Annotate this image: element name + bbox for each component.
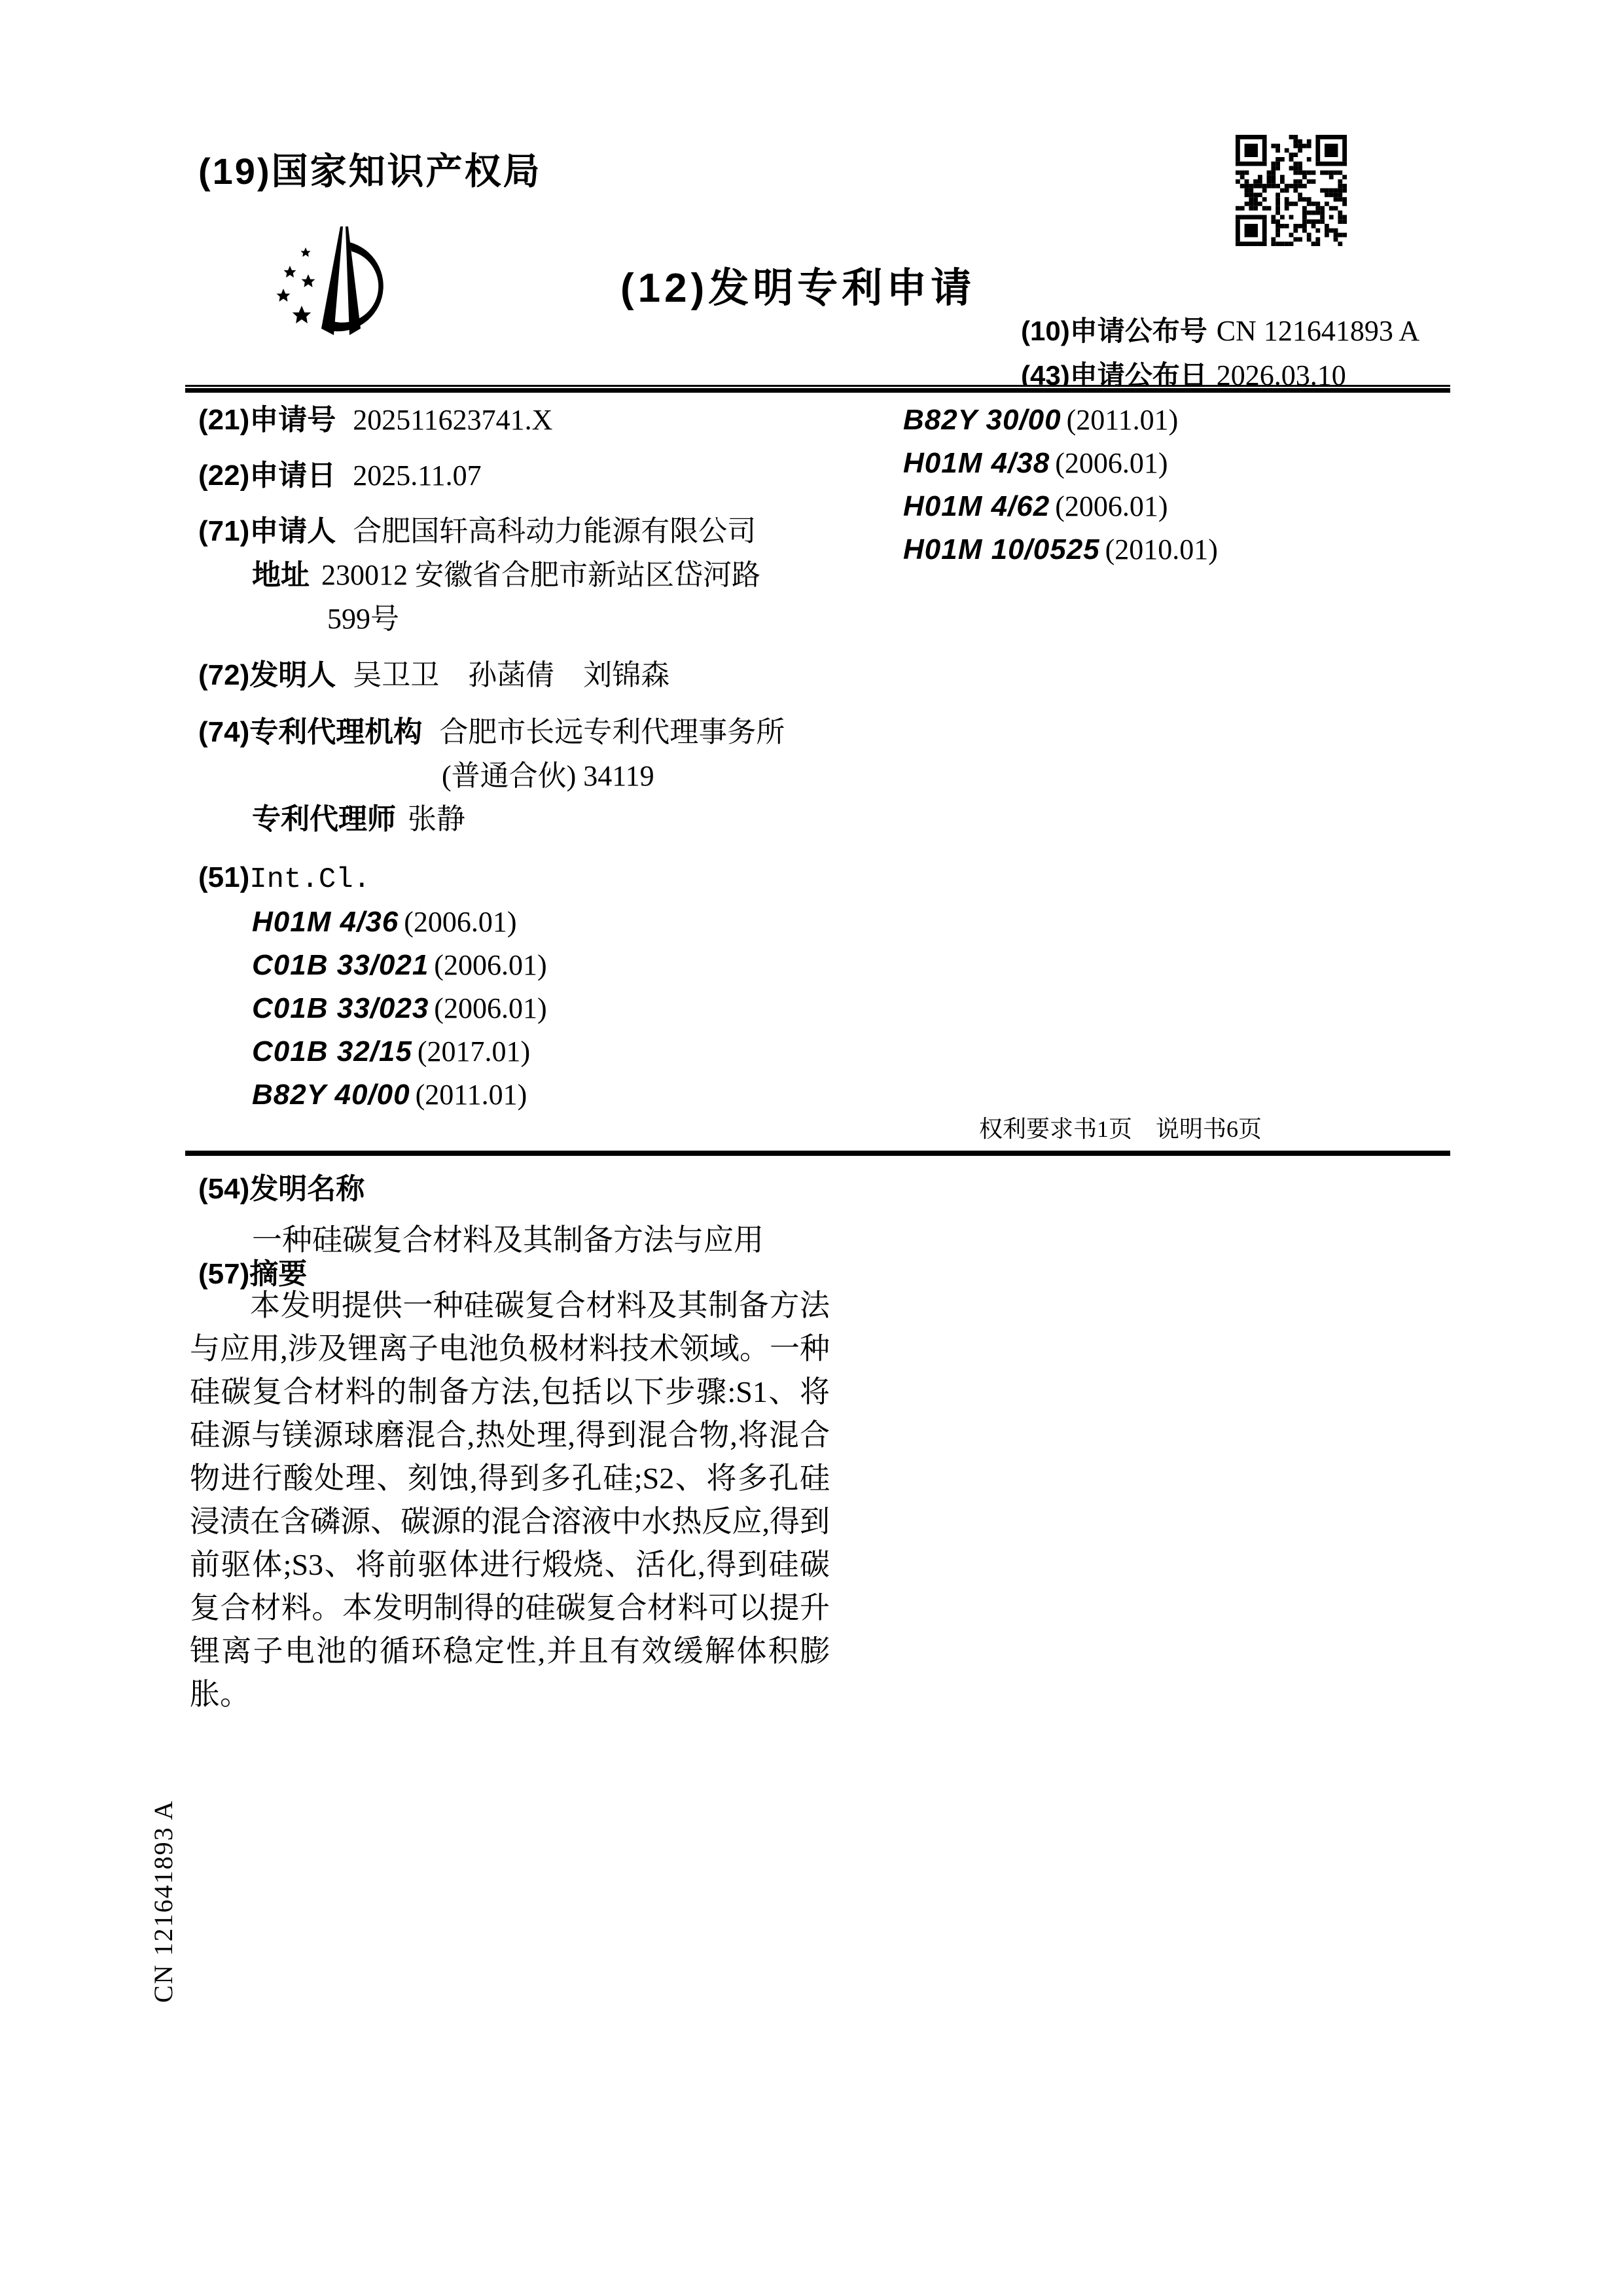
- field-code: (54): [198, 1173, 249, 1205]
- office-header: (19)国家知识产权局: [198, 143, 542, 195]
- intcl-entry: C01B 33/021(2006.01): [252, 950, 547, 981]
- classification-entry: H01M 4/62(2006.01): [903, 491, 1168, 522]
- agency-row-2: (普通合伙) 34119: [442, 761, 654, 792]
- intcl-version: (2011.01): [416, 1079, 527, 1111]
- abstract-text: 本发明提供一种硅碳复合材料及其制备方法与应用,涉及锂离子电池负极材料技术领域。一…: [190, 1284, 830, 1716]
- qr-code-icon: [1236, 135, 1347, 246]
- intcl-class: B82Y 40/00: [252, 1079, 410, 1111]
- logo-star-icon: [284, 266, 296, 278]
- intcl-version: (2017.01): [418, 1035, 530, 1067]
- office-name: 国家知识产权局: [272, 151, 542, 192]
- logo-star-icon: [300, 247, 310, 257]
- intcl-label: Int.Cl.: [249, 863, 370, 896]
- classification-class: H01M 4/38: [903, 447, 1050, 479]
- field-label: 专利代理机构: [249, 716, 422, 748]
- field-code: (21): [198, 404, 249, 436]
- pub-no-label: (10)申请公布号: [1021, 315, 1207, 346]
- classification-class: B82Y 30/00: [903, 404, 1061, 436]
- agency-row: (74)专利代理机构合肥市长远专利代理事务所: [198, 717, 785, 748]
- classification-entry: H01M 10/0525(2010.01): [903, 534, 1218, 565]
- vertical-publication-number: CN 121641893 A: [148, 1787, 185, 2003]
- intcl-header-row: (51)Int.Cl.: [198, 862, 370, 895]
- agent-name: 张静: [408, 803, 465, 835]
- field-label: 发明人: [249, 659, 336, 691]
- field-label: 申请日: [249, 459, 336, 492]
- classification-entry: H01M 4/38(2006.01): [903, 448, 1168, 479]
- field-code: (22): [198, 459, 249, 492]
- applicant-row: (71)申请人合肥国轩高科动力能源有限公司: [198, 516, 756, 547]
- inventor-names: 吴卫卫 孙菡倩 刘锦森: [353, 659, 669, 691]
- field-label: 申请人: [249, 515, 336, 547]
- pub-no-value: CN 121641893 A: [1217, 315, 1419, 347]
- pages-note-text: 权利要求书1页 说明书6页: [979, 1116, 1262, 1142]
- doc-type-title: (12)发明专利申请: [620, 255, 975, 314]
- intcl-version: (2006.01): [434, 992, 546, 1024]
- intcl-class: C01B 33/023: [252, 992, 429, 1024]
- agency-name: 合肥市长远专利代理事务所: [439, 716, 785, 748]
- logo-star-icon: [293, 306, 312, 323]
- classification-class: H01M 4/62: [903, 490, 1050, 522]
- invention-title-text: 一种硅碳复合材料及其制备方法与应用: [252, 1223, 764, 1257]
- intcl-class: C01B 32/15: [252, 1035, 412, 1067]
- header-divider: [185, 385, 1450, 393]
- invention-title: 一种硅碳复合材料及其制备方法与应用: [252, 1216, 764, 1259]
- applicant-address: 230012 安徽省合肥市新站区岱河路: [321, 559, 760, 591]
- doc-type-code: (12): [620, 266, 708, 311]
- application-number: 202511623741.X: [353, 404, 552, 436]
- intcl-entry: H01M 4/36(2006.01): [252, 906, 517, 938]
- field-label: 申请号: [249, 404, 336, 436]
- classification-version: (2006.01): [1055, 490, 1168, 522]
- field-code: (71): [198, 515, 249, 547]
- classification-version: (2006.01): [1055, 447, 1168, 479]
- pages-note: 权利要求书1页 说明书6页: [979, 1111, 1262, 1144]
- inventors-row: (72)发明人吴卫卫 孙菡倩 刘锦森: [198, 660, 669, 691]
- intcl-entry: B82Y 40/00(2011.01): [252, 1079, 527, 1111]
- applicant-address-continued: 599号: [327, 603, 399, 635]
- classification-entry: B82Y 30/00(2011.01): [903, 404, 1178, 436]
- intcl-version: (2006.01): [434, 949, 546, 981]
- body-divider: [185, 1151, 1450, 1156]
- logo-star-icon: [302, 274, 315, 287]
- logo-star-icon: [277, 289, 291, 302]
- patent-front-page: (19)国家知识产权局 (12)发明专利申请 (10)申请公布号CN 12164…: [0, 0, 1623, 2296]
- cnipa-logo-icon: [264, 224, 427, 342]
- field-code: (74): [198, 716, 249, 748]
- intcl-version: (2006.01): [404, 906, 516, 938]
- doc-type-name: 发明专利申请: [708, 266, 975, 311]
- agent-row: 专利代理师张静: [252, 804, 465, 835]
- address-row: 地址230012 安徽省合肥市新站区岱河路: [252, 560, 760, 591]
- classification-class: H01M 10/0525: [903, 533, 1100, 565]
- intcl-entry: C01B 33/023(2006.01): [252, 993, 547, 1024]
- pub-no-line: (10)申请公布号CN 121641893 A: [1021, 310, 1419, 349]
- logo-spire-left: [321, 226, 343, 335]
- intcl-class: H01M 4/36: [252, 906, 399, 938]
- address-row-2: 599号: [327, 603, 399, 635]
- intcl-class: C01B 33/021: [252, 949, 429, 981]
- agency-partnership-number: (普通合伙) 34119: [442, 760, 654, 792]
- application-number-row: (21)申请号202511623741.X: [198, 404, 552, 436]
- applicant-name: 合肥国轩高科动力能源有限公司: [353, 515, 756, 547]
- classification-version: (2011.01): [1067, 404, 1179, 436]
- field-label: 专利代理师: [252, 803, 396, 835]
- field-label: 地址: [252, 559, 310, 591]
- classification-version: (2010.01): [1105, 533, 1218, 565]
- field-code: (51): [198, 861, 249, 893]
- field-code: (72): [198, 659, 249, 691]
- office-code: (19): [198, 151, 272, 192]
- application-date-row: (22)申请日2025.11.07: [198, 460, 482, 492]
- title-section-header: (54)发明名称: [198, 1174, 365, 1205]
- application-date: 2025.11.07: [353, 459, 481, 492]
- field-label: 发明名称: [249, 1173, 365, 1205]
- intcl-entry: C01B 32/15(2017.01): [252, 1036, 530, 1067]
